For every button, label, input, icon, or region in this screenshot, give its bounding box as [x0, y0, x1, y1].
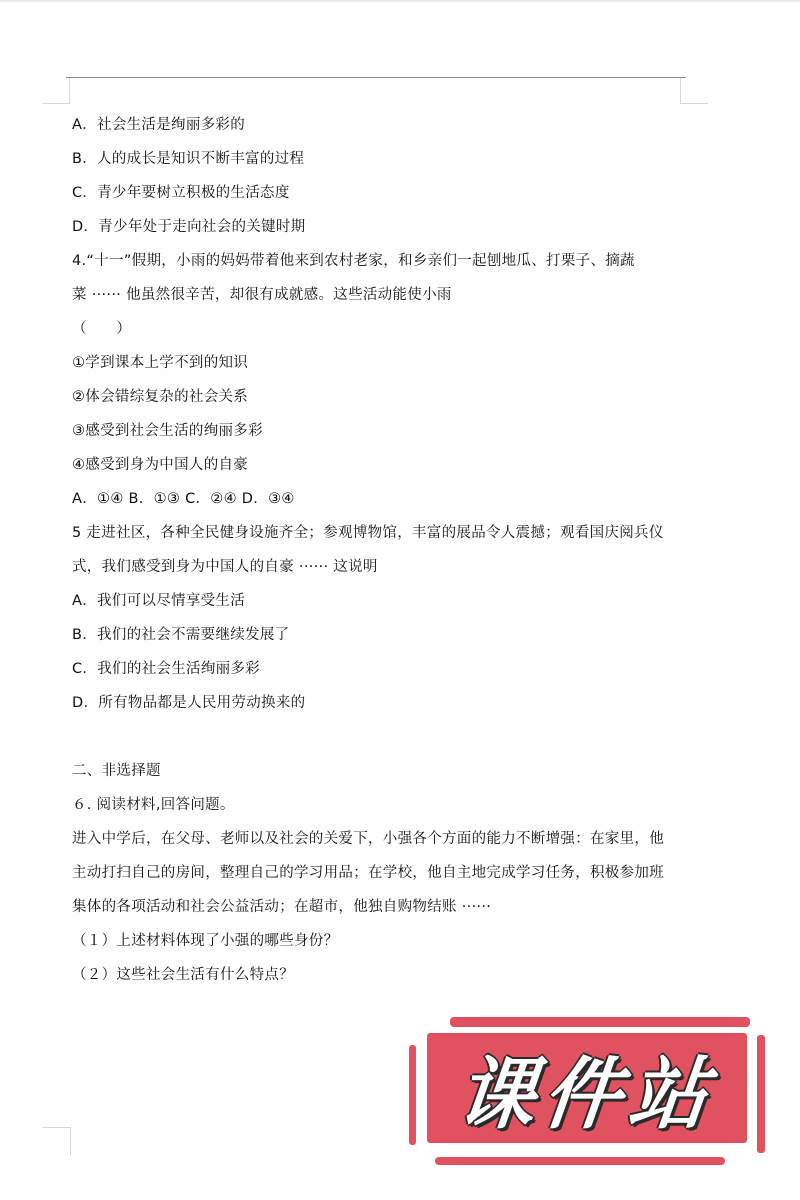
stamp-edge-left — [409, 1045, 416, 1145]
q4-statement-4: ④感受到身为中国人的自豪 — [72, 448, 692, 482]
watermark-text: 课件站 — [421, 1033, 753, 1143]
watermark-stamp: 课件站 — [405, 1015, 755, 1155]
q4-answer-blank: （ ） — [72, 312, 692, 346]
q4-statement-3: ③感受到社会生活的绚丽多彩 — [72, 414, 692, 448]
q4-options: A．①④ B．①③ C．②④ D．③④ — [72, 482, 692, 516]
q3-option-d: D．青少年处于走向社会的关键时期 — [72, 210, 692, 244]
page-top-shadow — [0, 0, 800, 3]
q3-option-a: A．社会生活是绚丽多彩的 — [72, 108, 692, 142]
q4-stem-line1: 4.“十一”假期，小雨的妈妈带着他来到农村老家，和乡亲们一起刨地瓜、打栗子、摘蔬 — [72, 244, 692, 278]
stamp-edge-bottom — [435, 1157, 725, 1165]
q4-statement-2: ②体会错综复杂的社会关系 — [72, 380, 692, 414]
margin-corner-bottom-left — [42, 1127, 71, 1155]
blank-line — [72, 720, 692, 754]
q4-stem-line2: 菜 ······ 他虽然很辛苦，却很有成就感。这些活动能使小雨 — [72, 278, 692, 312]
stamp-edge-top — [450, 1017, 750, 1027]
q6-material-line2: 主动打扫自己的房间，整理自己的学习用品；在学校，他自主地完成学习任务，积极参加班 — [72, 856, 692, 890]
stamp-edge-right — [757, 1035, 765, 1153]
q5-stem-line2: 式，我们感受到身为中国人的自豪 ······ 这说明 — [72, 550, 692, 584]
section2-title: 二、非选择题 — [72, 754, 692, 788]
q6-title: ６. 阅读材料,回答问题。 — [72, 788, 692, 822]
q5-option-a: A．我们可以尽情享受生活 — [72, 584, 692, 618]
q5-option-d: D．所有物品都是人民用劳动换来的 — [72, 686, 692, 720]
q6-material-line3: 集体的各项活动和社会公益活动；在超市，他独自购物结账 ······ — [72, 890, 692, 924]
q6-question-2: （２）这些社会生活有什么特点？ — [72, 958, 692, 992]
q3-option-c: C．青少年要树立积极的生活态度 — [72, 176, 692, 210]
document-body: A．社会生活是绚丽多彩的 B．人的成长是知识不断丰富的过程 C．青少年要树立积极… — [72, 108, 692, 992]
q3-option-b: B．人的成长是知识不断丰富的过程 — [72, 142, 692, 176]
q5-option-c: C．我们的社会生活绚丽多彩 — [72, 652, 692, 686]
q5-stem-line1: 5 走进社区，各种全民健身设施齐全；参观博物馆，丰富的展品令人震撼；观看国庆阅兵… — [72, 516, 692, 550]
q5-option-b: B．我们的社会不需要继续发展了 — [72, 618, 692, 652]
q4-statement-1: ①学到课本上学不到的知识 — [72, 346, 692, 380]
margin-corner-top-left — [42, 78, 70, 104]
margin-corner-top-right — [680, 78, 708, 104]
header-rule — [66, 77, 686, 78]
q6-question-1: （１）上述材料体现了小强的哪些身份？ — [72, 924, 692, 958]
q6-material-line1: 进入中学后，在父母、老师以及社会的关爱下，小强各个方面的能力不断增强：在家里，他 — [72, 822, 692, 856]
